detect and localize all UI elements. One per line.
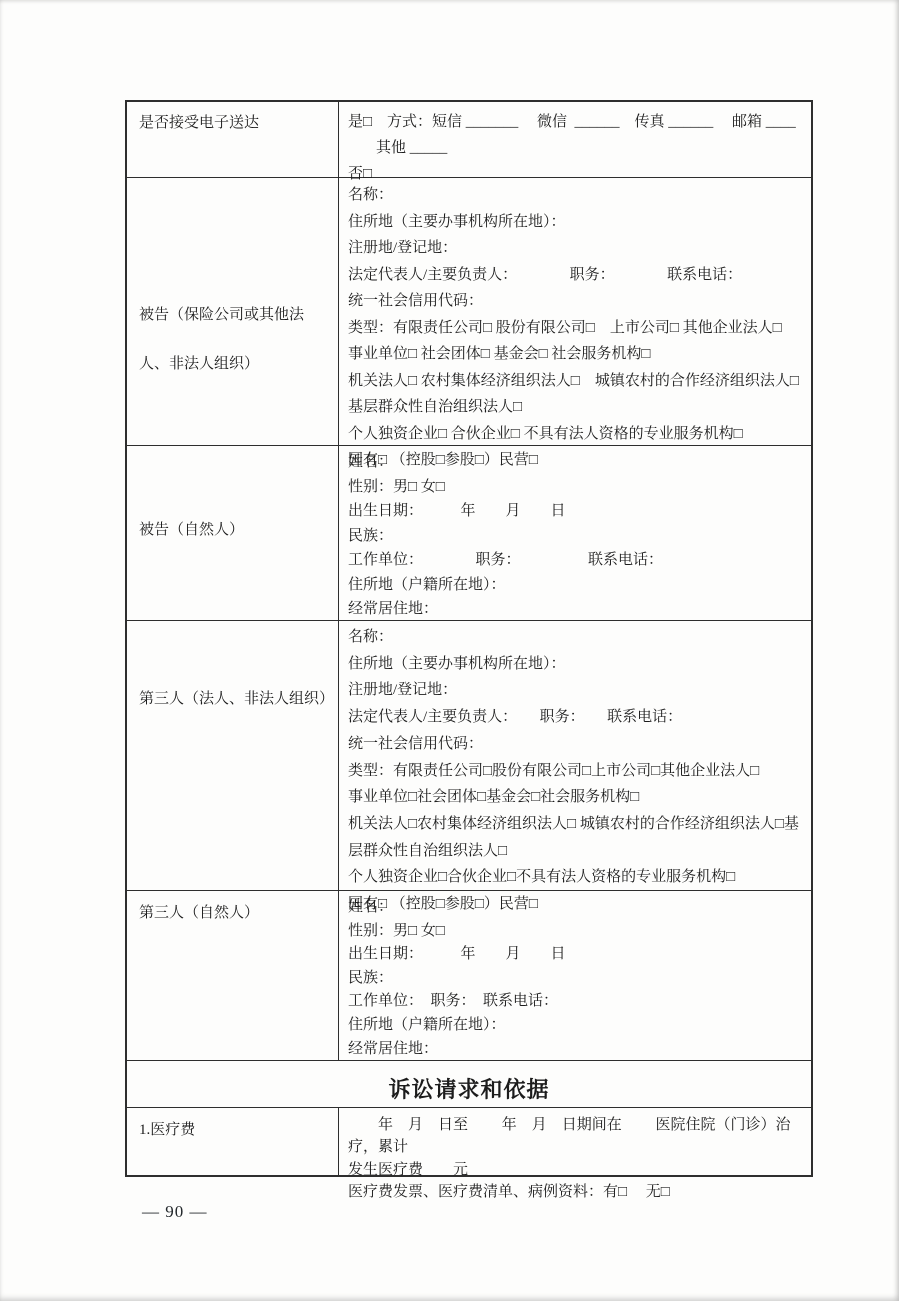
row-label-third-party-natural-person: 第三人（自然人） [127, 891, 339, 1060]
form-line-domicile: 住所地（户籍所在地）： [348, 1014, 805, 1038]
form-line-domicile: 住所地（户籍所在地）： [348, 573, 805, 598]
row-content-medical-expenses: 年 月 日至 年 月 日期间在 医院住院（门诊）治疗，累计 发生医疗费 元 医疗… [339, 1108, 811, 1175]
form-line-gender: 性别：男□ 女□ [348, 475, 805, 500]
form-line-employer: 工作单位： 职务： 联系电话： [348, 548, 805, 573]
form-line-name: 名称： [348, 624, 805, 651]
form-line-type-proprietorship: 个人独资企业□合伙企业□不具有法人资格的专业服务机构□ [348, 864, 805, 891]
row-defendant-legal-person: 被告（保险公司或其他法人、非法人组织） 名称： 住所地（主要办事机构所在地）： … [127, 177, 811, 445]
form-line-treatment-period: 年 月 日至 年 月 日期间在 医院住院（门诊）治疗，累计 [348, 1114, 805, 1159]
form-line-type-organ: 机关法人□农村集体经济组织法人□ 城镇农村的合作经济组织法人□基层群众性自治组织… [348, 811, 805, 864]
row-third-party-natural-person: 第三人（自然人） 姓名： 性别：男□ 女□ 出生日期： 年 月 日 民族： 工作… [127, 890, 811, 1060]
row-defendant-natural-person: 被告（自然人） 姓名： 性别：男□ 女□ 出生日期： 年 月 日 民族： 工作单… [127, 445, 811, 620]
form-line-birthdate: 出生日期： 年 月 日 [348, 943, 805, 967]
form-line-type-organ: 机关法人□ 农村集体经济组织法人□ 城镇农村的合作经济组织法人□ 基层群众性自治… [348, 368, 805, 421]
form-line-total-amount: 发生医疗费 元 [348, 1159, 805, 1181]
row-content-third-party-natural-person: 姓名： 性别：男□ 女□ 出生日期： 年 月 日 民族： 工作单位： 职务： 联… [339, 891, 811, 1060]
form-line-type-proprietorship: 个人独资企业□ 合伙企业□ 不具有法人资格的专业服务机构□ [348, 421, 805, 448]
form-line-employer: 工作单位： 职务： 联系电话： [348, 990, 805, 1014]
form-line-legal-rep: 法定代表人/主要负责人： 职务： 联系电话： [348, 262, 805, 289]
scanned-form-page: 是否接受电子送达 是□ 方式：短信 _______ 微信 ______ 传真 _… [0, 0, 899, 1301]
form-line-legal-rep: 法定代表人/主要负责人： 职务： 联系电话： [348, 704, 805, 731]
form-line-ethnicity: 民族： [348, 967, 805, 991]
row-label-defendant-natural-person: 被告（自然人） [127, 446, 339, 620]
row-label-medical-expenses: 1.医疗费 [127, 1108, 339, 1175]
form-line-domicile: 住所地（主要办事机构所在地）： [348, 209, 805, 236]
page-number: — 90 — [142, 1202, 208, 1222]
row-third-party-legal-person: 第三人（法人、非法人组织） 名称： 住所地（主要办事机构所在地）： 注册地/登记… [127, 620, 811, 890]
form-line-registration: 注册地/登记地： [348, 677, 805, 704]
form-line-habitual-residence: 经常居住地： [348, 1038, 805, 1062]
form-line-name: 姓名： [348, 896, 805, 920]
row-section-header: 诉讼请求和依据 [127, 1060, 811, 1107]
form-line-type-institution: 事业单位□ 社会团体□ 基金会□ 社会服务机构□ [348, 341, 805, 368]
form-line-birthdate: 出生日期： 年 月 日 [348, 499, 805, 524]
form-line-yes-methods: 是□ 方式：短信 _______ 微信 ______ 传真 ______ 邮箱 … [348, 109, 805, 135]
row-label-third-party-legal-person: 第三人（法人、非法人组织） [127, 621, 339, 890]
form-line-evidence-docs: 医疗费发票、医疗费清单、病例资料：有□ 无□ [348, 1181, 805, 1203]
row-electronic-service: 是否接受电子送达 是□ 方式：短信 _______ 微信 ______ 传真 _… [127, 102, 811, 177]
form-line-type-company: 类型：有限责任公司□股份有限公司□上市公司□其他企业法人□ [348, 758, 805, 785]
row-label-electronic-service: 是否接受电子送达 [127, 102, 339, 177]
row-label-defendant-legal-person: 被告（保险公司或其他法人、非法人组织） [127, 178, 339, 445]
form-line-name: 姓名： [348, 450, 805, 475]
form-line-domicile: 住所地（主要办事机构所在地）： [348, 651, 805, 678]
form-line-type-company: 类型：有限责任公司□ 股份有限公司□ 上市公司□ 其他企业法人□ [348, 315, 805, 342]
row-content-third-party-legal-person: 名称： 住所地（主要办事机构所在地）： 注册地/登记地： 法定代表人/主要负责人… [339, 621, 811, 890]
form-line-other: 其他 _____ [348, 135, 805, 161]
litigation-form-table: 是否接受电子送达 是□ 方式：短信 _______ 微信 ______ 传真 _… [125, 100, 813, 1177]
section-header-title: 诉讼请求和依据 [127, 1065, 811, 1104]
row-content-electronic-service: 是□ 方式：短信 _______ 微信 ______ 传真 ______ 邮箱 … [339, 102, 811, 177]
form-line-ethnicity: 民族： [348, 524, 805, 549]
row-medical-expenses: 1.医疗费 年 月 日至 年 月 日期间在 医院住院（门诊）治疗，累计 发生医疗… [127, 1107, 811, 1175]
form-line-habitual-residence: 经常居住地： [348, 597, 805, 622]
form-line-name: 名称： [348, 182, 805, 209]
form-line-registration: 注册地/登记地： [348, 235, 805, 262]
form-line-type-institution: 事业单位□社会团体□基金会□社会服务机构□ [348, 784, 805, 811]
form-line-credit-code: 统一社会信用代码： [348, 731, 805, 758]
form-line-gender: 性别：男□ 女□ [348, 920, 805, 944]
form-line-credit-code: 统一社会信用代码： [348, 288, 805, 315]
row-content-defendant-natural-person: 姓名： 性别：男□ 女□ 出生日期： 年 月 日 民族： 工作单位： 职务： 联… [339, 446, 811, 620]
row-content-defendant-legal-person: 名称： 住所地（主要办事机构所在地）： 注册地/登记地： 法定代表人/主要负责人… [339, 178, 811, 445]
